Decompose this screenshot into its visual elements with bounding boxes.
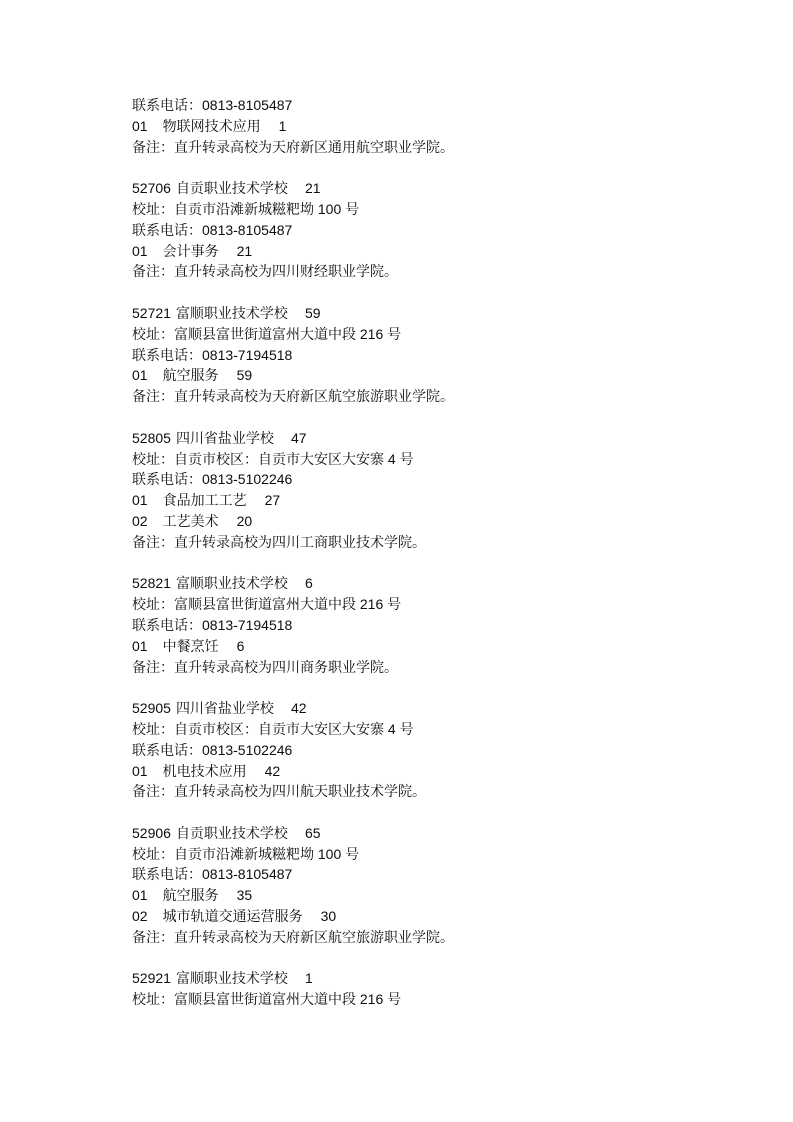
phone-line: 联系电话：0813-8105487 [132,95,753,116]
note-line: 备注：直升转录高校为四川工商职业技术学院。 [132,532,753,553]
major-line: 01食品加工工艺27 [132,490,753,511]
major-name: 航空服务 [163,887,219,903]
school-code: 52905 [132,700,171,716]
school-entry: 52921富顺职业技术学校1 校址：富顺县富世街道富州大道中段 216 号 [132,968,753,1010]
school-code: 52721 [132,305,171,321]
major-number: 01 [132,367,148,383]
major-quota: 6 [237,638,245,654]
major-quota: 1 [279,118,287,134]
school-heading-line: 52821富顺职业技术学校6 [132,573,753,594]
address-line: 校址：自贡市校区：自贡市大安区大安寨 4 号 [132,449,753,470]
document-page: 联系电话：0813-8105487 01物联网技术应用1 备注：直升转录高校为天… [0,0,793,1010]
phone-line: 联系电话：0813-7194518 [132,615,753,636]
school-heading-line: 52921富顺职业技术学校1 [132,968,753,989]
major-number: 02 [132,908,148,924]
school-code: 52906 [132,825,171,841]
major-quota: 42 [265,763,281,779]
school-code: 52706 [132,180,171,196]
school-entry: 52905四川省盐业学校42 校址：自贡市校区：自贡市大安区大安寨 4 号 联系… [132,698,753,802]
school-name: 自贡职业技术学校 [176,180,288,196]
school-name: 富顺职业技术学校 [176,970,288,986]
school-entry: 联系电话：0813-8105487 01物联网技术应用1 备注：直升转录高校为天… [132,95,753,157]
school-entry: 52821富顺职业技术学校6 校址：富顺县富世街道富州大道中段 216 号 联系… [132,573,753,677]
phone-line: 联系电话：0813-8105487 [132,864,753,885]
address-line: 校址：富顺县富世街道富州大道中段 216 号 [132,324,753,345]
major-number: 02 [132,513,148,529]
phone-line: 联系电话：0813-5102246 [132,740,753,761]
school-heading-line: 52706自贡职业技术学校21 [132,178,753,199]
school-heading-line: 52805四川省盐业学校47 [132,428,753,449]
major-line: 01会计事务21 [132,241,753,262]
phone-line: 联系电话：0813-7194518 [132,345,753,366]
major-quota: 35 [237,887,253,903]
major-number: 01 [132,492,148,508]
school-quota: 59 [305,305,321,321]
school-heading-line: 52905四川省盐业学校42 [132,698,753,719]
major-line: 01航空服务59 [132,365,753,386]
major-number: 01 [132,243,148,259]
major-name: 城市轨道交通运营服务 [163,908,303,924]
major-name: 工艺美术 [163,513,219,529]
major-name: 食品加工工艺 [163,492,247,508]
address-line: 校址：自贡市沿滩新城糍粑坳 100 号 [132,199,753,220]
address-line: 校址：富顺县富世街道富州大道中段 216 号 [132,989,753,1010]
major-name: 航空服务 [163,367,219,383]
major-quota: 27 [265,492,281,508]
school-heading-line: 52721富顺职业技术学校59 [132,303,753,324]
note-line: 备注：直升转录高校为天府新区航空旅游职业学院。 [132,927,753,948]
major-name: 中餐烹饪 [163,638,219,654]
major-line: 02城市轨道交通运营服务30 [132,906,753,927]
school-quota: 1 [305,970,313,986]
major-line: 01机电技术应用42 [132,761,753,782]
school-heading-line: 52906自贡职业技术学校65 [132,823,753,844]
document-body: 联系电话：0813-8105487 01物联网技术应用1 备注：直升转录高校为天… [0,0,793,1010]
school-quota: 21 [305,180,321,196]
major-line: 01中餐烹饪6 [132,636,753,657]
major-number: 01 [132,638,148,654]
school-quota: 47 [291,430,307,446]
school-quota: 6 [305,575,313,591]
major-number: 01 [132,887,148,903]
major-line: 01物联网技术应用1 [132,116,753,137]
school-name: 四川省盐业学校 [176,700,274,716]
major-quota: 59 [237,367,253,383]
major-name: 会计事务 [163,243,219,259]
school-code: 52821 [132,575,171,591]
school-code: 52805 [132,430,171,446]
major-quota: 20 [237,513,253,529]
address-line: 校址：自贡市沿滩新城糍粑坳 100 号 [132,844,753,865]
major-line: 01航空服务35 [132,885,753,906]
major-name: 物联网技术应用 [163,118,261,134]
phone-line: 联系电话：0813-8105487 [132,220,753,241]
note-line: 备注：直升转录高校为四川航天职业技术学院。 [132,781,753,802]
school-quota: 65 [305,825,321,841]
major-quota: 30 [321,908,337,924]
school-entry: 52721富顺职业技术学校59 校址：富顺县富世街道富州大道中段 216 号 联… [132,303,753,407]
major-name: 机电技术应用 [163,763,247,779]
major-line: 02工艺美术20 [132,511,753,532]
school-entry: 52706自贡职业技术学校21 校址：自贡市沿滩新城糍粑坳 100 号 联系电话… [132,178,753,282]
school-name: 四川省盐业学校 [176,430,274,446]
note-line: 备注：直升转录高校为四川财经职业学院。 [132,261,753,282]
school-quota: 42 [291,700,307,716]
phone-line: 联系电话：0813-5102246 [132,469,753,490]
school-code: 52921 [132,970,171,986]
school-name: 自贡职业技术学校 [176,825,288,841]
major-quota: 21 [237,243,253,259]
note-line: 备注：直升转录高校为天府新区通用航空职业学院。 [132,137,753,158]
school-name: 富顺职业技术学校 [176,305,288,321]
note-line: 备注：直升转录高校为天府新区航空旅游职业学院。 [132,386,753,407]
address-line: 校址：自贡市校区：自贡市大安区大安寨 4 号 [132,719,753,740]
school-entry: 52906自贡职业技术学校65 校址：自贡市沿滩新城糍粑坳 100 号 联系电话… [132,823,753,948]
major-number: 01 [132,763,148,779]
school-name: 富顺职业技术学校 [176,575,288,591]
school-entry: 52805四川省盐业学校47 校址：自贡市校区：自贡市大安区大安寨 4 号 联系… [132,428,753,553]
address-line: 校址：富顺县富世街道富州大道中段 216 号 [132,594,753,615]
major-number: 01 [132,118,148,134]
note-line: 备注：直升转录高校为四川商务职业学院。 [132,657,753,678]
